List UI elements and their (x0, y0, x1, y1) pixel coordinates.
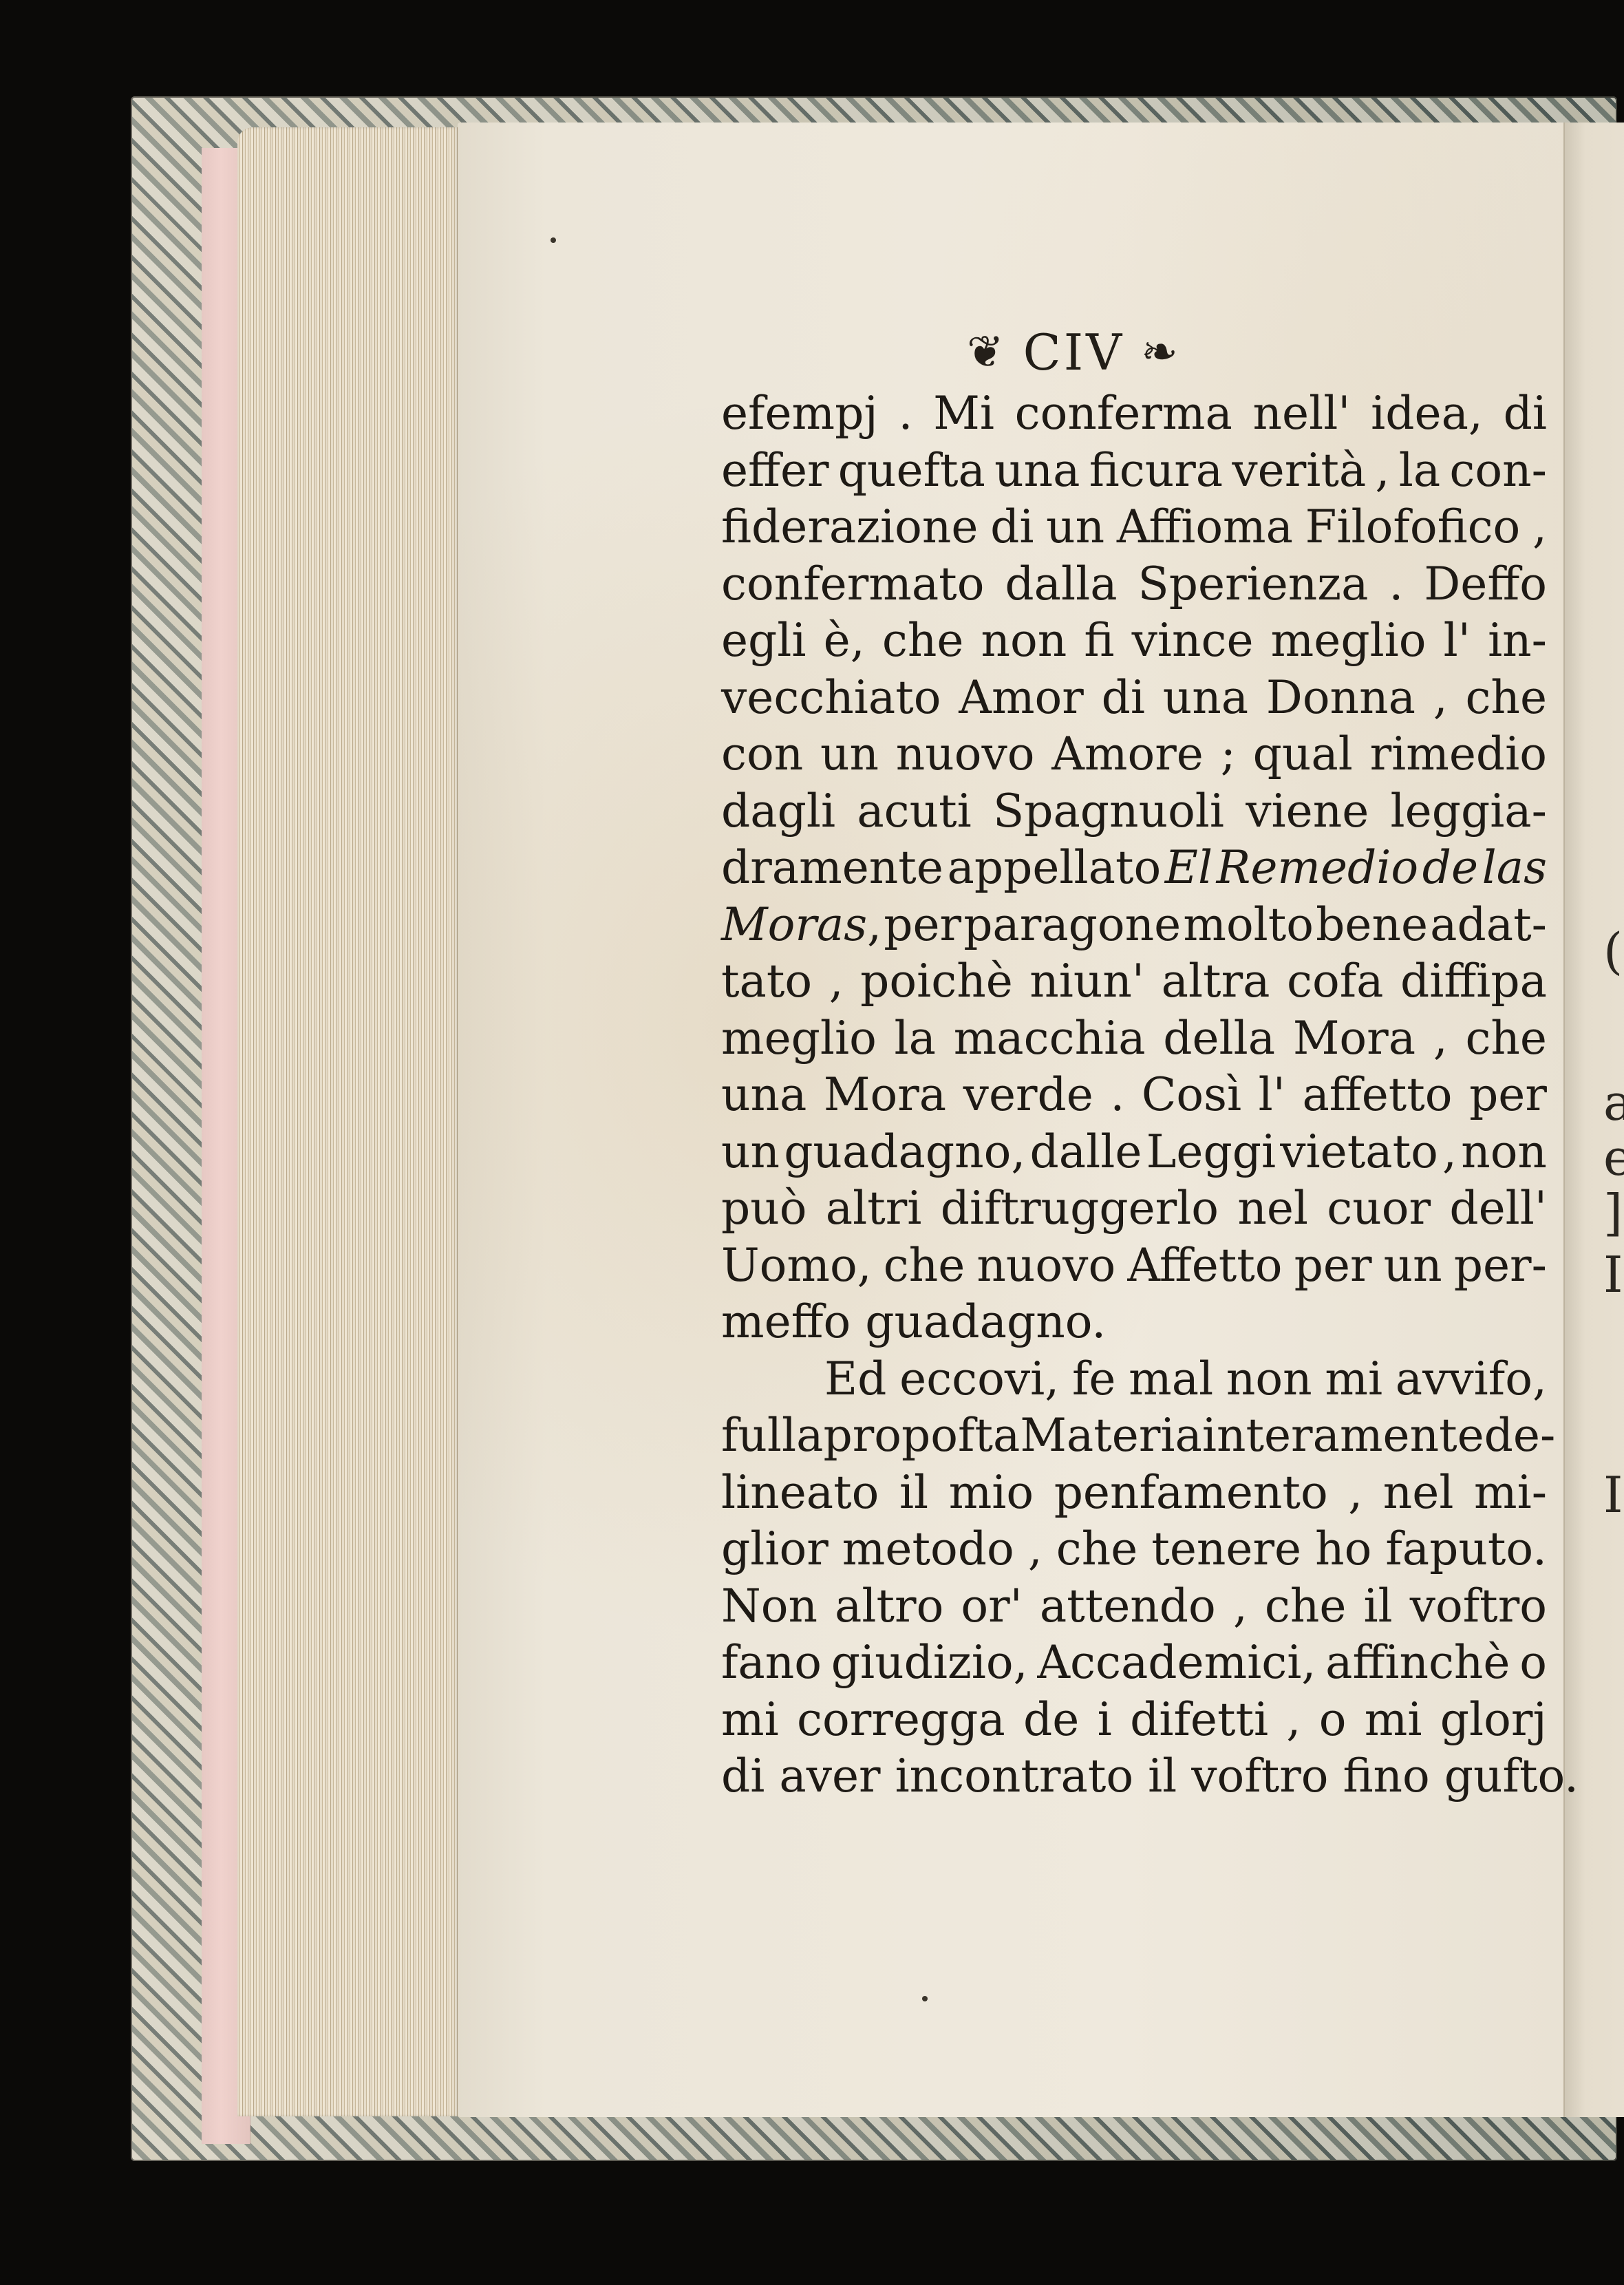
word: fino (1343, 1748, 1430, 1805)
text-line: dramenteappellatoElRemediodelas (721, 840, 1547, 897)
word: tenere (1151, 1521, 1301, 1578)
word: di (721, 1748, 765, 1805)
word: efempj (721, 385, 878, 443)
word: l' (1444, 613, 1471, 670)
text-line: Moras,perparagonemoltobeneadat- (721, 897, 1547, 954)
word: la (895, 1010, 936, 1067)
word: Amore (1051, 726, 1204, 783)
word: Ed (824, 1351, 886, 1408)
word: meglio (1271, 613, 1427, 670)
word: per (884, 897, 961, 954)
word: nell' (1253, 385, 1351, 443)
word: ; (1221, 726, 1236, 783)
facing-page-fragment: ( (1603, 922, 1623, 980)
word: qual (1253, 726, 1353, 783)
word: corregga (797, 1692, 1005, 1749)
word: per (1469, 1067, 1547, 1124)
word: un (721, 1124, 780, 1181)
word: quefta (838, 443, 985, 500)
word: che (1465, 670, 1547, 727)
word: fulla (721, 1407, 824, 1465)
word: interamente (1202, 1407, 1484, 1465)
text-line: meffo guadagno. (721, 1294, 1547, 1351)
word: diffipa (1400, 953, 1547, 1010)
word: propofta (824, 1407, 1021, 1465)
word: ho (1315, 1521, 1371, 1578)
word: paragone (963, 897, 1181, 954)
word: mio (949, 1465, 1034, 1522)
word: appellato (947, 840, 1161, 897)
word: . (1110, 1067, 1124, 1124)
word: cuor (1327, 1180, 1431, 1237)
word: verità (1232, 443, 1366, 500)
word: o (1319, 1692, 1347, 1749)
word: altra (1162, 953, 1270, 1010)
word: fiderazione (721, 499, 978, 556)
word: che (1465, 1010, 1547, 1067)
word: ficura (1089, 443, 1223, 500)
word: che (884, 1237, 965, 1295)
facing-page-fragment: I (1603, 1466, 1623, 1524)
word: de (1422, 840, 1478, 897)
word: di (1504, 385, 1547, 443)
word: un (1046, 499, 1104, 556)
text-line: efempj.Miconfermanell'idea,di (721, 385, 1547, 443)
word: i (1098, 1692, 1112, 1749)
word: che (1265, 1578, 1347, 1635)
word: molto (1183, 897, 1314, 954)
word: guadagno. (865, 1294, 1106, 1351)
word: Affioma (1117, 499, 1293, 556)
word: mi- (1474, 1465, 1547, 1522)
word: con (721, 726, 803, 783)
word: guadagno, (784, 1124, 1025, 1181)
word: con- (1449, 443, 1547, 500)
word: il (1148, 1748, 1177, 1805)
word: poichè (860, 953, 1013, 1010)
word: una (1163, 670, 1248, 727)
word: non (1226, 1351, 1312, 1408)
text-line: dagliacutiSpagnuolivieneleggia- (721, 783, 1547, 840)
word: mal (1129, 1351, 1213, 1408)
fleuron-right-icon: ❧ (1141, 327, 1181, 378)
text-line: lineatoilmiopenfamento,nelmi- (721, 1465, 1547, 1522)
word: bene (1316, 897, 1428, 954)
word: idea, (1371, 385, 1483, 443)
word: il (1363, 1578, 1392, 1635)
word: il (899, 1465, 928, 1522)
word: faputo. (1385, 1521, 1547, 1578)
text-line: Nonaltroor'attendo,cheilvoftro (721, 1578, 1547, 1635)
word: di (1102, 670, 1145, 727)
word: Moras, (721, 897, 882, 954)
word: dalle (1030, 1124, 1142, 1181)
text-line: efferqueftaunaficuraverità,lacon- (721, 443, 1547, 500)
word: . (899, 385, 913, 443)
facing-page-fragment: ] (1603, 1184, 1623, 1242)
word: las (1482, 840, 1547, 897)
word: Spagnuoli (993, 783, 1224, 840)
word: , (1233, 1578, 1248, 1635)
word: meglio (721, 1010, 877, 1067)
word: in- (1488, 613, 1547, 670)
word: glorj (1440, 1692, 1547, 1749)
word: Materia (1020, 1407, 1202, 1465)
text-line: Uomo,chenuovoAffettoperunper- (721, 1237, 1547, 1295)
word: dramente (721, 840, 943, 897)
word: mi (721, 1692, 779, 1749)
fleuron-left-icon: ❦ (967, 327, 1007, 378)
word: or' (961, 1578, 1022, 1635)
word: per (1294, 1237, 1372, 1295)
word: fi (1084, 613, 1114, 670)
word: Non (721, 1578, 818, 1635)
word: dell' (1449, 1180, 1547, 1237)
text-line: vecchiatoAmordiunaDonna,che (721, 670, 1547, 727)
text-line: fanogiudizio,Accademici,affinchèo (721, 1635, 1547, 1692)
text-line: egliè,chenonfivincemegliol'in- (721, 613, 1547, 670)
word: , (1532, 499, 1547, 556)
word: vince (1132, 613, 1254, 670)
word: Donna (1266, 670, 1415, 727)
word: voftro (1410, 1578, 1547, 1635)
word: effer (721, 443, 829, 500)
word: una (721, 1067, 806, 1124)
word: una (994, 443, 1080, 500)
text-line: gliormetodo,chetenerehofaputo. (721, 1521, 1547, 1578)
facing-page-fragment: I (1603, 1246, 1623, 1304)
word: confermato (721, 556, 984, 613)
word: , (1433, 1010, 1448, 1067)
body-text: efempj.Miconfermanell'idea,di efferqueft… (721, 385, 1547, 1805)
text-line: fullapropoftaMateriainteramentede- (721, 1407, 1547, 1465)
word: Sperienza (1138, 556, 1369, 613)
page-number: CIV (1023, 323, 1125, 381)
word: della (1163, 1010, 1275, 1067)
text-line: puòaltridiftruggerlonelcuordell' (721, 1180, 1547, 1237)
word: , (1433, 670, 1448, 727)
word: eccovi, (899, 1351, 1059, 1408)
word: Mora (1293, 1010, 1415, 1067)
word: cofa (1287, 953, 1383, 1010)
word: aver (779, 1748, 880, 1805)
word: Uomo, (721, 1237, 872, 1295)
word: incontrato (895, 1748, 1134, 1805)
word: può (721, 1180, 807, 1237)
word: è, (824, 613, 865, 670)
word: mi (1365, 1692, 1422, 1749)
word: che (1056, 1521, 1138, 1578)
word: , (1348, 1465, 1363, 1522)
word: Mora (824, 1067, 946, 1124)
text-line: micorreggadeidifetti,omiglorj (721, 1692, 1547, 1749)
word: un (820, 726, 879, 783)
text-line: conunnuovoAmore;qualrimedio (721, 726, 1547, 783)
page-header: ❦ CIV ❧ (967, 323, 1311, 381)
word: Leggi (1146, 1124, 1276, 1181)
word: conferma (1015, 385, 1232, 443)
word: de (1023, 1692, 1079, 1749)
word: diftruggerlo (941, 1180, 1219, 1237)
word: dalla (1005, 556, 1117, 613)
word: viene (1246, 783, 1369, 840)
word: leggia- (1391, 783, 1547, 840)
word: . (1389, 556, 1403, 613)
word: dagli (721, 783, 835, 840)
word: de- (1484, 1407, 1556, 1465)
word: glior (721, 1521, 829, 1578)
text-line: di aver incontrato il voftro fino gufto. (721, 1748, 1547, 1805)
word: mi (1325, 1351, 1382, 1408)
word: affinchè (1325, 1635, 1510, 1692)
word: , (1442, 1124, 1457, 1181)
page-edges-stack (237, 127, 458, 2116)
word: lineato (721, 1465, 879, 1522)
word: altri (826, 1180, 922, 1237)
word: nel (1383, 1465, 1454, 1522)
word: vietato (1280, 1124, 1438, 1181)
text-line-paragraph-start: Edeccovi,femalnonmiavvifo, (721, 1351, 1547, 1408)
word: avvifo, (1396, 1351, 1547, 1408)
paper-speck (551, 237, 556, 243)
word: vecchiato (721, 670, 941, 727)
word: un (1384, 1237, 1442, 1295)
word: gufto. (1444, 1748, 1579, 1805)
word: voftro (1191, 1748, 1328, 1805)
word: El (1165, 840, 1212, 897)
word: giudizio, (831, 1635, 1028, 1692)
facing-page-fragment: a (1603, 1074, 1624, 1131)
word: o (1519, 1635, 1547, 1692)
word: altro (835, 1578, 943, 1635)
text-line: unaMoraverde.Cosìl'affettoper (721, 1067, 1547, 1124)
word: fano (721, 1635, 822, 1692)
word: , (1028, 1521, 1043, 1578)
word: penfamento (1054, 1465, 1328, 1522)
word: meffo (721, 1294, 851, 1351)
word: acuti (857, 783, 971, 840)
word: verde (963, 1067, 1093, 1124)
text-line: megliolamacchiadellaMora,che (721, 1010, 1547, 1067)
word: metodo (842, 1521, 1014, 1578)
paper-speck (922, 1996, 928, 2001)
word: Così (1142, 1067, 1241, 1124)
word: Mi (933, 385, 994, 443)
word: , (1376, 443, 1390, 500)
word: , (1286, 1692, 1301, 1749)
word: l' (1259, 1067, 1285, 1124)
word: fe (1072, 1351, 1116, 1408)
text-line: fiderazionediunAffiomaFilofofico, (721, 499, 1547, 556)
word: difetti (1130, 1692, 1268, 1749)
text-line: unguadagno,dalleLeggivietato,non (721, 1124, 1547, 1181)
word: Affetto (1127, 1237, 1282, 1295)
word: niun' (1029, 953, 1144, 1010)
word: la (1399, 443, 1440, 500)
word: non (1461, 1124, 1547, 1181)
word: nuovo (896, 726, 1035, 783)
word: nel (1237, 1180, 1308, 1237)
word: affetto (1302, 1067, 1452, 1124)
word: per- (1454, 1237, 1547, 1295)
word: di (990, 499, 1034, 556)
word: Amor (959, 670, 1084, 727)
word: egli (721, 613, 806, 670)
word: adat- (1430, 897, 1547, 954)
facing-page-fragment: e (1603, 1129, 1624, 1187)
word: Remedio (1217, 840, 1419, 897)
word: non (981, 613, 1067, 670)
word: Filofofico (1305, 499, 1521, 556)
word: tato (721, 953, 812, 1010)
word: macchia (954, 1010, 1146, 1067)
word: Deffo (1424, 556, 1547, 613)
word: Accademici, (1037, 1635, 1316, 1692)
word: , (829, 953, 844, 1010)
word: rimedio (1370, 726, 1547, 783)
word: nuovo (976, 1237, 1115, 1295)
text-line: tato,poichèniun'altracofadiffipa (721, 953, 1547, 1010)
word: che (882, 613, 964, 670)
word: attendo (1040, 1578, 1216, 1635)
text-line: confermatodallaSperienza.Deffo (721, 556, 1547, 613)
